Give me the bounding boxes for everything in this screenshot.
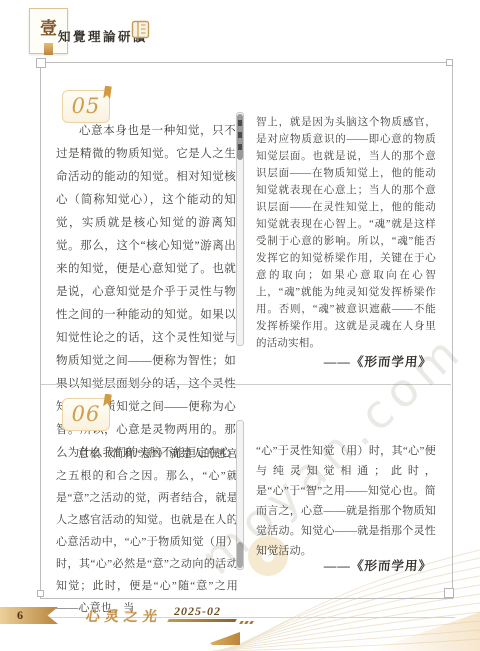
section-06-right-column: “心”于灵性知觉（用）时，其“心”便与纯灵知觉相通；此时，是“心”于“智”之用—… [256,441,436,561]
document-page: 壹 知覺理論研讀 05 心意本身也是一种知觉，只不过是精微的物质知觉。它是人之生… [0,0,480,651]
section-06-badge: 06 [62,398,110,431]
section-06-scrollbar-handle[interactable] [237,542,243,568]
book-icon [129,20,152,40]
scrollbar-mark [238,120,242,126]
issue-underline [167,619,237,622]
frame-corner-bottom-right [444,588,454,598]
section-05-number: 05 [72,94,101,118]
section-05-right-column: 智上，就是因为头脑这个物质感官，是对应物质意识的——即心意的物质知觉层面。也就是… [256,114,436,352]
section-05-attribution: ——《形而学用》 [255,352,432,370]
footer-brand: 心灵之光 [85,606,164,626]
frame-corner-top-right [446,59,453,66]
section-06-scrollbar[interactable] [236,420,244,570]
section-06-number: 06 [72,402,101,426]
section-05-scrollbar[interactable] [236,112,244,346]
frame-corner-bottom-left [37,590,44,597]
frame-corner-top-left [36,58,46,68]
section-divider [41,384,451,385]
scrollbar-mark [238,144,242,150]
footer-issue: 2025-02 [174,604,221,619]
seal-tab-decoration [44,43,53,55]
section-05-scrollbar-handle[interactable] [237,114,243,160]
section-06-attribution: ——《形而学用》 [255,556,432,574]
section-05-badge: 05 [62,90,110,123]
scrollbar-mark [238,132,242,138]
section-06-left-column: 意根（简称“意”）就是人的感官之五根的和合之因。那么，“心”就是“意”之活动的觉… [56,443,238,619]
